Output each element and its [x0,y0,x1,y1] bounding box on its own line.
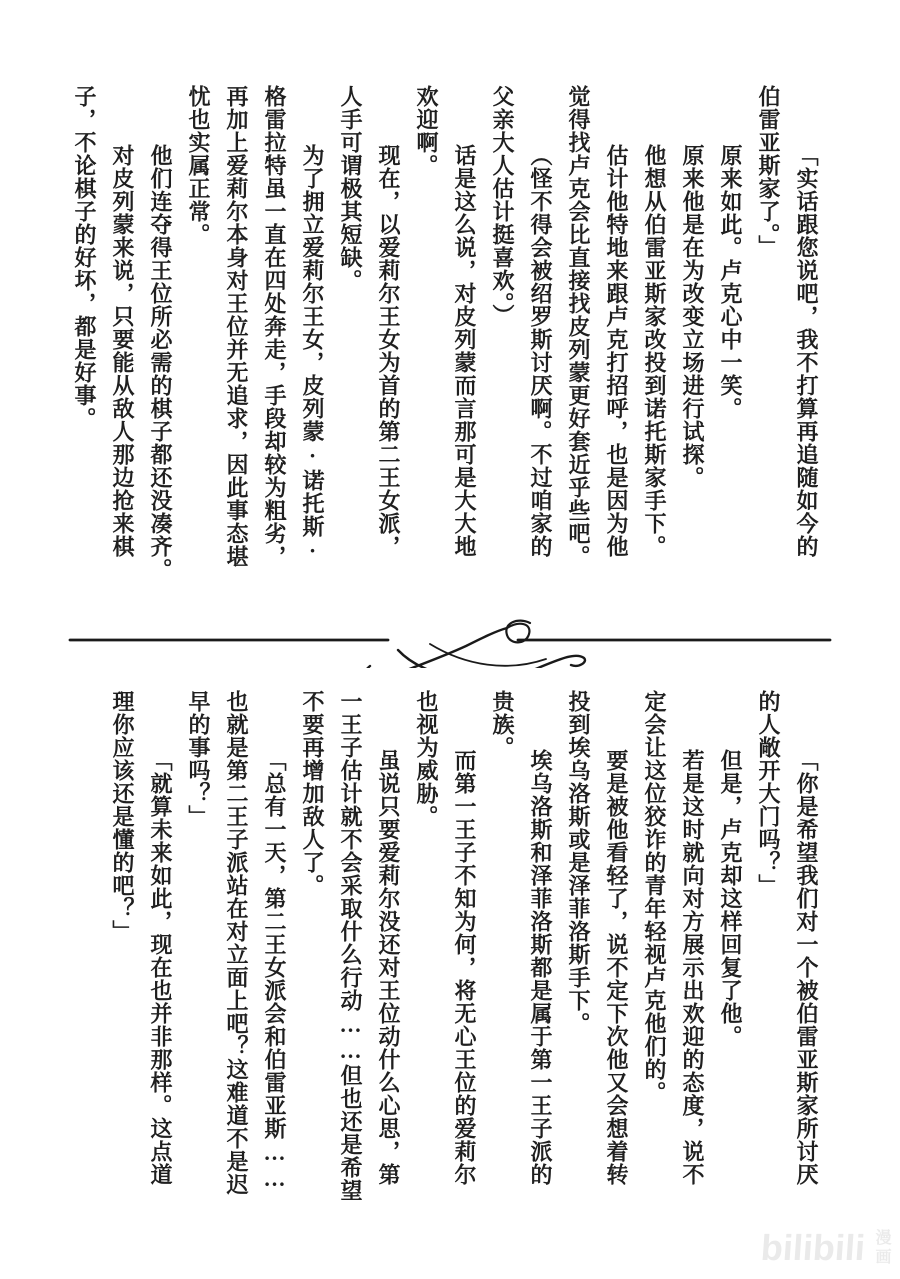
text-line-column: 若是这时就向对方展示出欢迎的态度，说不 [673,690,711,1196]
text-line-column: 而第一王子不知为何，将无心王位的爱莉尔 [445,690,483,1196]
text-line-column: 他们连夺得王位所必需的棋子都还没凑齐。 [141,85,179,591]
text-line-column: 一王子估计就不会采取什么行动……但也还是希望 [331,690,369,1196]
novel-page: 「实话跟您说吧，我不打算再追随如今的伯雷亚斯家了。」原来如此。卢克心中一笑。原来… [0,0,900,1279]
text-line-column: 人手可谓极其短缺。 [331,85,369,591]
text-line-column: 为了拥立爱莉尔王女，皮列蒙·诺托斯· [293,85,331,591]
text-line-column: 子，不论棋子的好坏，都是好事。 [65,85,103,591]
text-line-column: 定会让这位狡诈的青年轻视卢克他们的。 [635,690,673,1196]
text-line-column: 话是这么说，对皮列蒙而言那可是大大地 [445,85,483,591]
text-line-column: 再加上爱莉尔本身对王位并无追求，因此事态堪 [217,85,255,591]
text-line-column: 估计他特地来跟卢克打招呼，也是因为他 [597,85,635,591]
text-line-column: 原来他是在为改变立场进行试探。 [673,85,711,591]
text-line-column: 也视为威胁。 [407,690,445,1196]
text-line-column: 伯雷亚斯家了。」 [749,85,787,591]
text-line-column: 「就算未来如此，现在也并非那样。这点道 [141,690,179,1196]
text-line-column: 也就是第二王子派站在对立面上吧？这难道不是迟 [217,690,255,1196]
text-line-column: 不要再增加敌人了。 [293,690,331,1196]
bilibili-watermark: bilibili 漫画 [761,1229,890,1267]
text-line-column: 贵族。 [483,690,521,1196]
bottom-text-block: 「你是希望我们对一个被伯雷亚斯家所讨厌的人敞开大门吗？」但是，卢克却这样回复了他… [63,690,825,1196]
divider-flourish-graphic [68,616,832,668]
text-line-column: 埃乌洛斯和泽菲洛斯都是属于第一王子派的 [521,690,559,1196]
text-line-column: 的人敞开大门吗？」 [749,690,787,1196]
text-line-column: 「你是希望我们对一个被伯雷亚斯家所讨厌 [787,690,825,1196]
text-line-column: 他想从伯雷亚斯家改投到诺托斯家手下。 [635,85,673,591]
text-line-column: 早的事吗？」 [179,690,217,1196]
text-line-column: 对皮列蒙来说，只要能从敌人那边抢来棋 [103,85,141,591]
bilibili-logo: bilibili [760,1230,867,1266]
text-line-column: 现在，以爱莉尔王女为首的第二王女派， [369,85,407,591]
top-text-block: 「实话跟您说吧，我不打算再追随如今的伯雷亚斯家了。」原来如此。卢克心中一笑。原来… [63,85,825,591]
text-line-column: 父亲大人估计挺喜欢。） [483,85,521,591]
text-line-column: 忧也实属正常。 [179,85,217,591]
text-line-column: 欢迎啊。 [407,85,445,591]
text-line-column: 觉得找卢克会比直接找皮列蒙更好套近乎些吧。 [559,85,597,591]
text-line-column: 要是被他看轻了，说不定下次他又会想着转 [597,690,635,1196]
text-line-column: （怪不得会被绍罗斯讨厌啊。不过咱家的 [521,85,559,591]
watermark-manga-label: 漫画 [872,1229,890,1267]
text-line-column: 投到埃乌洛斯或是泽菲洛斯手下。 [559,690,597,1196]
text-line-column: 格雷拉特虽一直在四处奔走，手段却较为粗劣， [255,85,293,591]
text-line-column: 「总有一天，第二王女派会和伯雷亚斯…… [255,690,293,1196]
text-line-column: 但是，卢克却这样回复了他。 [711,690,749,1196]
section-divider [68,616,832,668]
text-line-column: 虽说只要爱莉尔没还对王位动什么心思，第 [369,690,407,1196]
text-line-column: 「实话跟您说吧，我不打算再追随如今的 [787,85,825,591]
text-line-column: 理你应该还是懂的吧？」 [103,690,141,1196]
text-line-column: 原来如此。卢克心中一笑。 [711,85,749,591]
